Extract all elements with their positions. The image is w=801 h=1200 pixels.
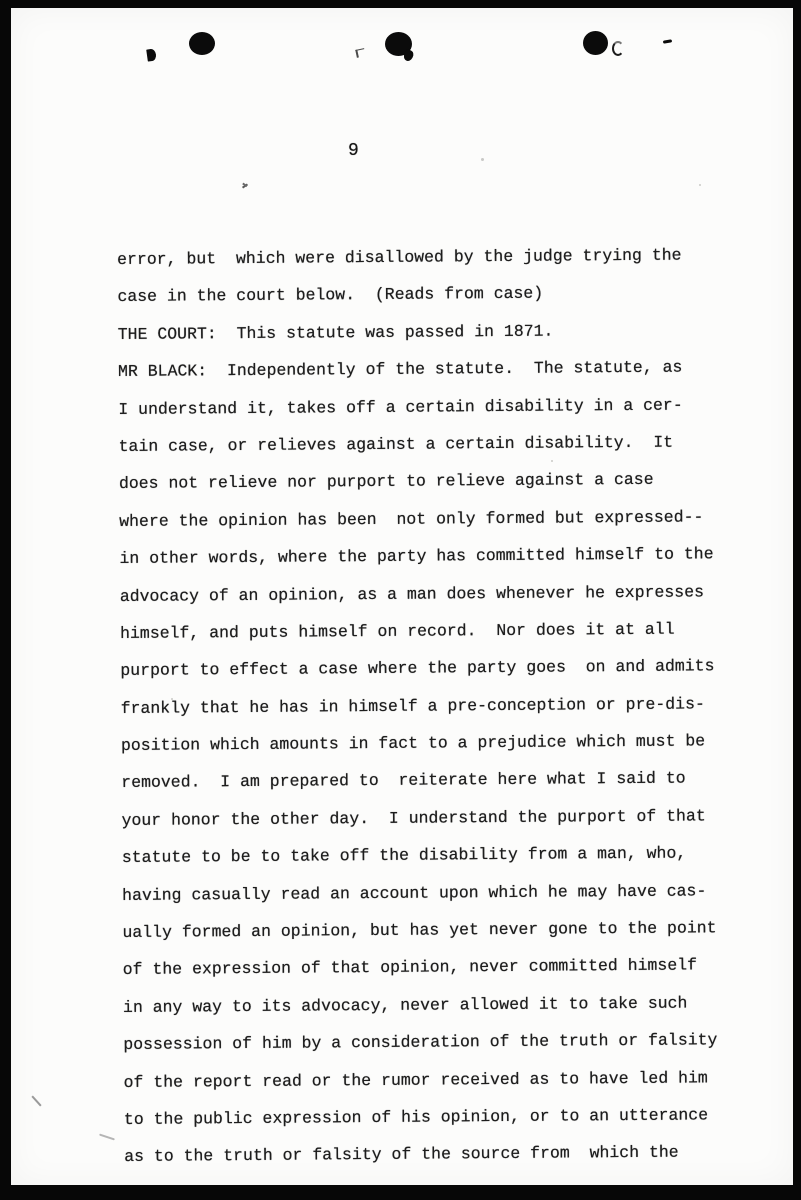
pencil-smudge (99, 1134, 115, 1141)
text-line: statute to be to take off the disability… (122, 834, 762, 876)
scan-black-border: 9 error, but which were disallowed by th… (0, 0, 801, 1200)
stray-ink-mark (355, 48, 365, 58)
text-line: advocacy of an opinion, as a man does wh… (120, 572, 760, 614)
stray-ink-mark (663, 39, 672, 44)
text-line: ually formed an opinion, but has yet nev… (122, 909, 762, 951)
text-line: possession of him by a consideration of … (123, 1021, 763, 1063)
text-line: position which amounts in fact to a prej… (121, 722, 761, 764)
text-line: to the public expression of his opinion,… (124, 1096, 764, 1138)
text-line: having casually read an account upon whi… (122, 872, 762, 914)
text-line: in any way to its advocacy, never allowe… (123, 984, 763, 1026)
text-line: error, but which were disallowed by the … (117, 236, 757, 278)
text-line: himself, and puts himself on record. Nor… (120, 610, 760, 652)
hole-punch-dot-icon (583, 31, 608, 55)
text-line: MR BLACK: Independently of the statute. … (118, 348, 758, 390)
text-line: tain case, or relieves against a certain… (118, 423, 758, 465)
text-line: I understand it, takes off a certain dis… (118, 386, 758, 428)
stray-ink-mark (242, 183, 248, 188)
text-line: case in the court below. (Reads from cas… (117, 273, 757, 315)
hole-punch-dot-icon (189, 32, 215, 55)
page-number: 9 (348, 141, 359, 161)
text-line: THE COURT: This statute was passed in 18… (118, 311, 758, 353)
text-line: purport to effect a case where the party… (120, 647, 760, 689)
pencil-smudge (31, 1096, 41, 1107)
transcript-text: error, but which were disallowed by the … (117, 236, 764, 1176)
text-line: removed. I am prepared to reiterate here… (121, 759, 761, 801)
text-line: in other words, where the party has comm… (119, 535, 759, 577)
scan-speckle (481, 158, 484, 161)
text-line: where the opinion has been not only form… (119, 498, 759, 540)
ink-wedge-mark (146, 48, 157, 61)
stray-ink-mark (612, 41, 624, 56)
text-line: as to the truth or falsity of the source… (124, 1133, 764, 1175)
text-line: of the report read or the rumor received… (123, 1059, 763, 1101)
document-page: 9 error, but which were disallowed by th… (11, 8, 793, 1185)
scan-speckle (699, 184, 701, 186)
text-line: does not relieve nor purport to relieve … (119, 460, 759, 502)
text-line: frankly that he has in himself a pre-con… (121, 685, 761, 727)
text-line: of the expression of that opinion, never… (123, 946, 763, 988)
text-line: your honor the other day. I understand t… (121, 797, 761, 839)
